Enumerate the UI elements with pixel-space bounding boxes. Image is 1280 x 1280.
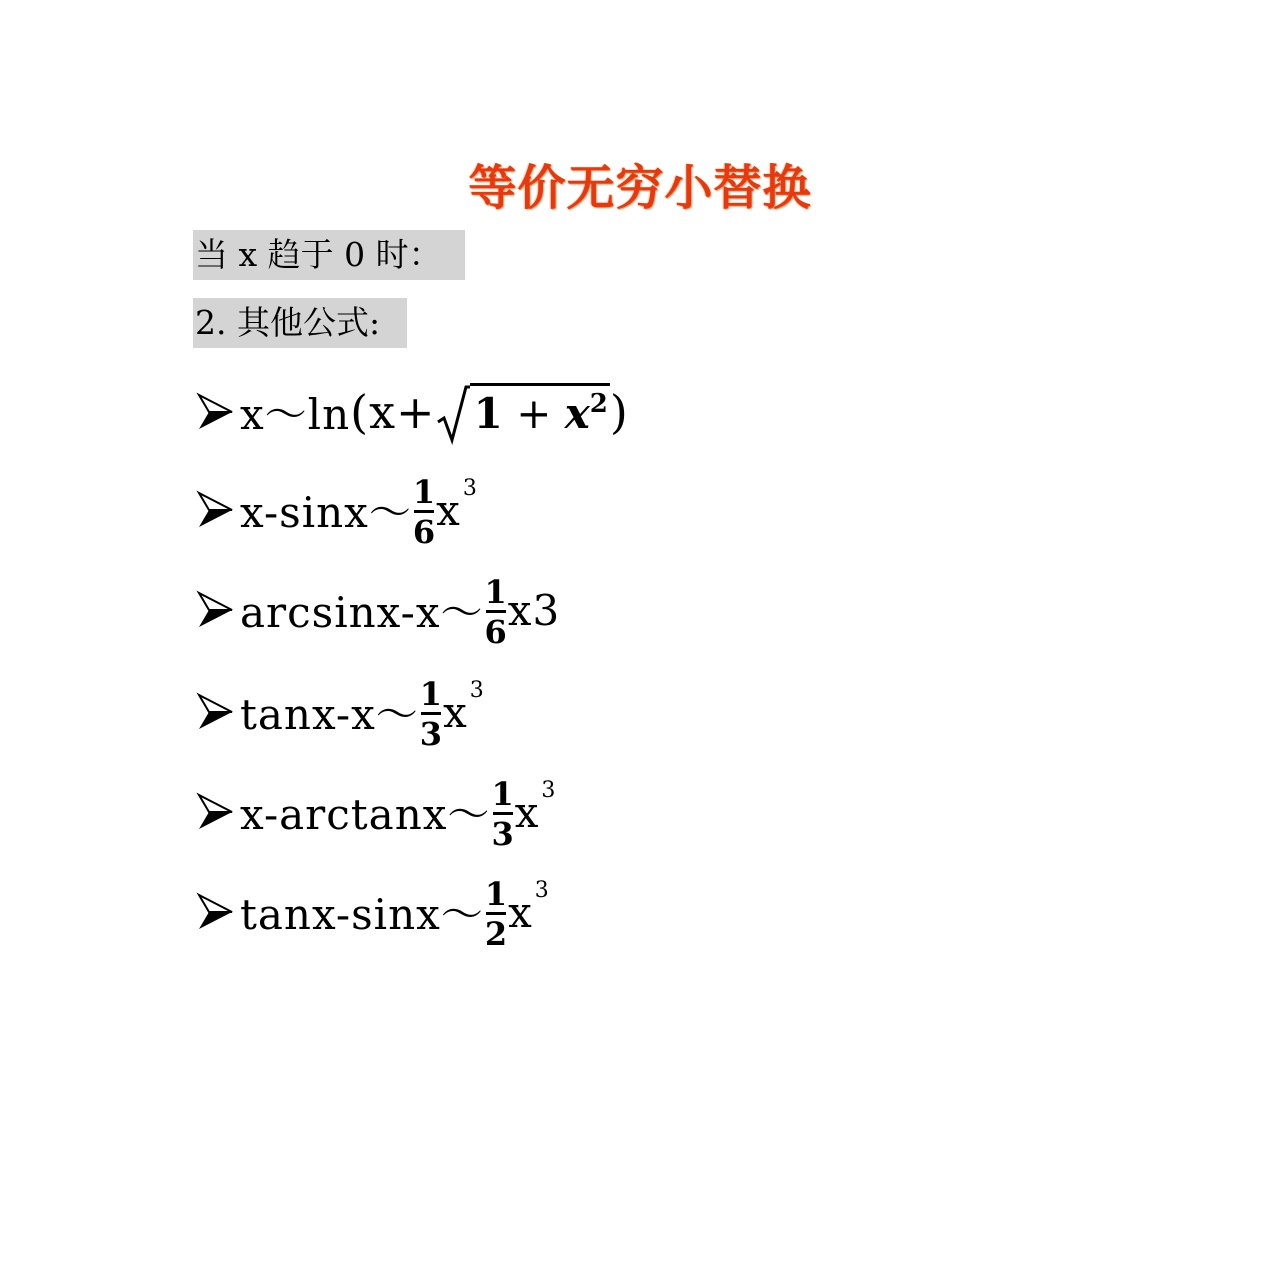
- formula-lhs: x-arctanx～: [240, 782, 490, 842]
- condition-label: 当 x 趋于 0 时：: [193, 230, 465, 280]
- fraction-denominator: 3: [491, 817, 513, 851]
- formula-item: x～ln (x+ 1 + x2 ): [196, 372, 628, 452]
- fraction-numerator: 1: [420, 677, 442, 711]
- formula-exponent: 3: [541, 778, 555, 803]
- fraction-denominator: 6: [485, 615, 507, 649]
- formula-lhs: arcsinx-x～: [240, 580, 484, 640]
- formula-lhs: x-sinx～: [240, 480, 412, 540]
- formula-var: x: [508, 888, 533, 937]
- formula-exponent: 3: [470, 678, 484, 703]
- fraction-denominator: 6: [413, 515, 435, 549]
- formula-var: x: [436, 486, 461, 535]
- formula-item: tanx-sinx～ 1 2 x 3: [196, 872, 549, 952]
- arrowhead-bullet-icon: [196, 892, 234, 932]
- fraction: 1 3: [491, 777, 513, 851]
- fraction-numerator: 1: [485, 877, 507, 911]
- sqrt-icon: [436, 384, 470, 446]
- fraction-numerator: 1: [485, 575, 507, 609]
- formula-lhs: tanx-x～: [240, 682, 419, 742]
- formula-close: ): [610, 385, 628, 439]
- formula-item: x-arctanx～ 1 3 x 3: [196, 772, 555, 852]
- formula-item: x-sinx～ 1 6 x 3: [196, 470, 477, 550]
- formula-open: (x+: [350, 385, 435, 439]
- formula-var: x: [515, 788, 540, 837]
- arrowhead-bullet-icon: [196, 792, 234, 832]
- fraction-denominator: 2: [485, 917, 507, 951]
- radicand: 1 + x2: [470, 383, 610, 446]
- formula-exponent: 3: [463, 476, 477, 501]
- arrowhead-bullet-icon: [196, 392, 234, 432]
- fraction-numerator: 1: [491, 777, 513, 811]
- fraction-numerator: 1: [413, 475, 435, 509]
- section-label: 2. 其他公式:: [193, 298, 407, 348]
- formula-item: arcsinx-x～ 1 6 x3: [196, 570, 560, 650]
- radicand-var: x: [565, 389, 590, 438]
- fraction: 1 2: [485, 877, 507, 951]
- page-title: 等价无穷小替换: [0, 156, 1280, 220]
- fraction: 1 6: [413, 475, 435, 549]
- formula-item: tanx-x～ 1 3 x 3: [196, 672, 484, 752]
- arrowhead-bullet-icon: [196, 590, 234, 630]
- square-root: 1 + x2: [436, 379, 610, 446]
- formula-lhs: tanx-sinx～: [240, 882, 484, 942]
- fraction-denominator: 3: [420, 717, 442, 751]
- formula-lhs: x～ln: [240, 382, 350, 442]
- formula-exponent: 3: [535, 878, 549, 903]
- radicand-plus: +: [503, 389, 565, 438]
- arrowhead-bullet-icon: [196, 692, 234, 732]
- formula-var: x: [443, 688, 468, 737]
- formula-var: x3: [508, 586, 560, 635]
- radicand-exponent: 2: [590, 389, 608, 419]
- radicand-one: 1: [474, 389, 503, 438]
- fraction: 1 6: [485, 575, 507, 649]
- fraction: 1 3: [420, 677, 442, 751]
- arrowhead-bullet-icon: [196, 490, 234, 530]
